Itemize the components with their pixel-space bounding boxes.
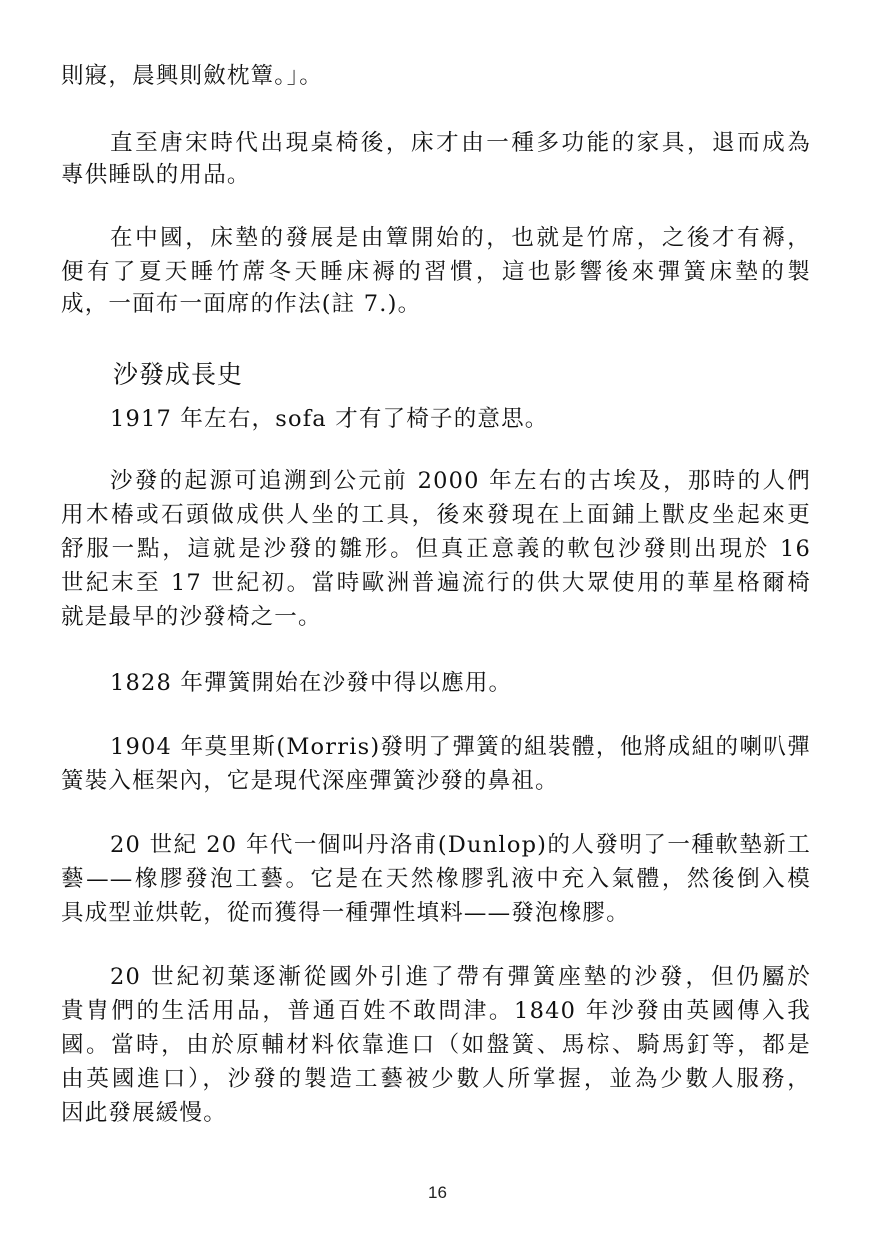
section-heading: 沙發成長史 xyxy=(113,358,243,392)
paragraph-line: 1904 年莫里斯(Morris)發明了彈簧的組裝體，他將成組的喇叭彈 xyxy=(110,731,811,763)
paragraph-line: 用木椿或石頭做成供人坐的工具，後來發現在上面鋪上獸皮坐起來更 xyxy=(61,499,811,531)
paragraph-line: 20 世紀 20 年代一個叫丹洛甫(Dunlop)的人發明了一種軟墊新工 xyxy=(110,829,811,861)
paragraph-line: 成，一面布一面席的作法(註 7.)。 xyxy=(61,288,811,320)
paragraph-line: 專供睡臥的用品。 xyxy=(61,159,811,191)
paragraph-line: 舒服一點，這就是沙發的雛形。但真正意義的軟包沙發則出現於 16 xyxy=(61,533,811,565)
paragraph-line: 則寢，晨興則斂枕簟。」。 xyxy=(61,60,811,92)
paragraph-line: 世紀末至 17 世紀初。當時歐洲普遍流行的供大眾使用的華星格爾椅 xyxy=(61,567,811,599)
page-number: 16 xyxy=(0,1182,875,1204)
paragraph-line: 因此發展緩慢。 xyxy=(61,1097,811,1129)
paragraph-line: 1828 年彈簧開始在沙發中得以應用。 xyxy=(110,667,811,699)
paragraph-line: 貴胄們的生活用品，普通百姓不敢問津。1840 年沙發由英國傳入我 xyxy=(61,995,811,1027)
paragraph-line: 20 世紀初葉逐漸從國外引進了帶有彈簧座墊的沙發，但仍屬於 xyxy=(110,961,811,993)
paragraph-line: 由英國進口），沙發的製造工藝被少數人所掌握，並為少數人服務， xyxy=(61,1063,811,1095)
paragraph-line: 就是最早的沙發椅之一。 xyxy=(61,601,811,633)
paragraph-line: 具成型並烘乾，從而獲得一種彈性填料——發泡橡膠。 xyxy=(61,897,811,929)
paragraph-line: 簧裝入框架內，它是現代深座彈簧沙發的鼻祖。 xyxy=(61,765,811,797)
paragraph-line: 便有了夏天睡竹蓆冬天睡床褥的習慣，這也影響後來彈簧床墊的製 xyxy=(61,256,811,288)
paragraph-line: 直至唐宋時代出現桌椅後，床才由一種多功能的家具，退而成為 xyxy=(110,127,811,159)
document-page: 則寢，晨興則斂枕簟。」。 直至唐宋時代出現桌椅後，床才由一種多功能的家具，退而成… xyxy=(0,0,875,1240)
paragraph-line: 沙發的起源可追溯到公元前 2000 年左右的古埃及，那時的人們 xyxy=(110,465,811,497)
paragraph-line: 1917 年左右，sofa 才有了椅子的意思。 xyxy=(110,403,811,435)
paragraph-line: 藝——橡膠發泡工藝。它是在天然橡膠乳液中充入氣體，然後倒入模 xyxy=(61,863,811,895)
paragraph-line: 國。當時，由於原輔材料依靠進口（如盤簧、馬棕、騎馬釘等，都是 xyxy=(61,1029,811,1061)
paragraph-line: 在中國，床墊的發展是由簟開始的，也就是竹席，之後才有褥， xyxy=(110,222,811,254)
